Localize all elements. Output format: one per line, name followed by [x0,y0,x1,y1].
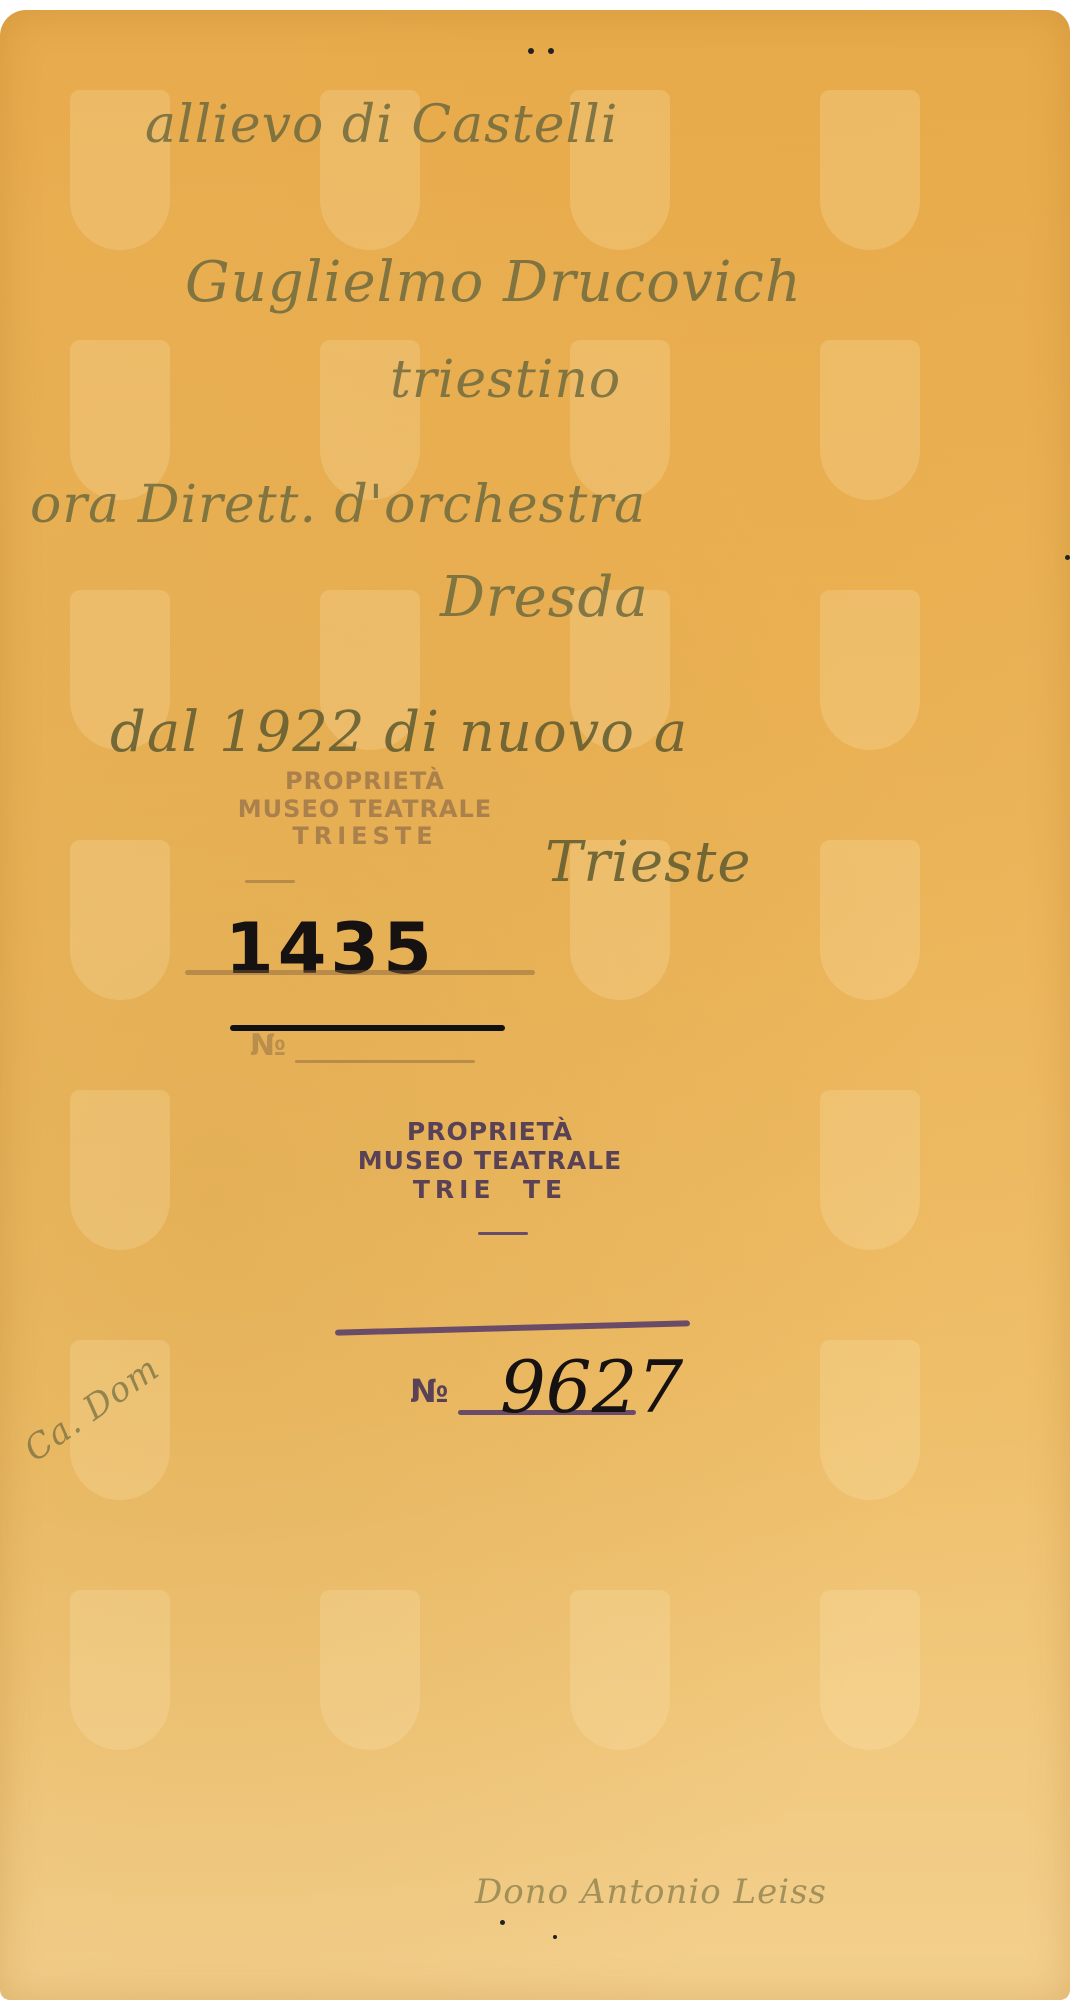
speck [1065,555,1070,560]
inventory-number-lower: 9627 [500,1345,683,1429]
watermark-shield [570,1590,670,1750]
inscription-line-1: allievo di Castelli [145,95,618,155]
number-prefix-upper: № [250,1028,286,1063]
punch-hole [528,48,534,54]
inscription-line-2: Guglielmo Drucovich [185,250,802,315]
inscription-line-6: dal 1922 di nuovo a [110,700,688,765]
watermark-shield [820,1090,920,1250]
watermark-shield [70,1090,170,1250]
stamp-lower-line-2: MUSEO TEATRALE [330,1147,650,1176]
stamp-underline [478,1232,528,1235]
stamp-lower-line-1: PROPRIETÀ [330,1118,650,1147]
stamp-upper-line-2: MUSEO TEATRALE [205,796,525,824]
watermark-shield [70,1590,170,1750]
inscription-line-3: triestino [390,350,621,410]
inscription-line-4: ora Dirett. d'orchestra [30,475,646,535]
watermark-shield [820,840,920,1000]
stamp-lower-line-3: TRIE TE [330,1176,650,1205]
inscription-line-7: Trieste [545,830,752,895]
stamp-underline [245,880,295,883]
speck [500,1920,505,1925]
watermark-shield [820,1340,920,1500]
stamp-upper-line-1: PROPRIETÀ [205,768,525,796]
watermark-shield [320,1590,420,1750]
speck [553,1935,557,1939]
photo-card-verso: allievo di Castelli Guglielmo Drucovich … [0,10,1070,2000]
watermark-shield [820,90,920,250]
museum-stamp-lower: PROPRIETÀ MUSEO TEATRALE TRIE TE [330,1118,650,1204]
number-prefix-lower: № [410,1372,449,1410]
watermark-shield [820,1590,920,1750]
museum-stamp-upper: PROPRIETÀ MUSEO TEATRALE TRIESTE [205,768,525,851]
punch-hole [548,48,554,54]
watermark-shield [820,590,920,750]
stamp-upper-line-3: TRIESTE [205,823,525,851]
inventory-number-upper: 1435 [225,908,436,990]
watermark-shield [820,340,920,500]
donor-note: Dono Antonio Leiss [475,1872,827,1912]
inscription-line-5: Dresda [440,565,649,630]
number-line-faded [295,1060,475,1063]
watermark-shield [70,840,170,1000]
number-line-lower-top [335,1320,690,1335]
number-line-upper [185,970,535,975]
